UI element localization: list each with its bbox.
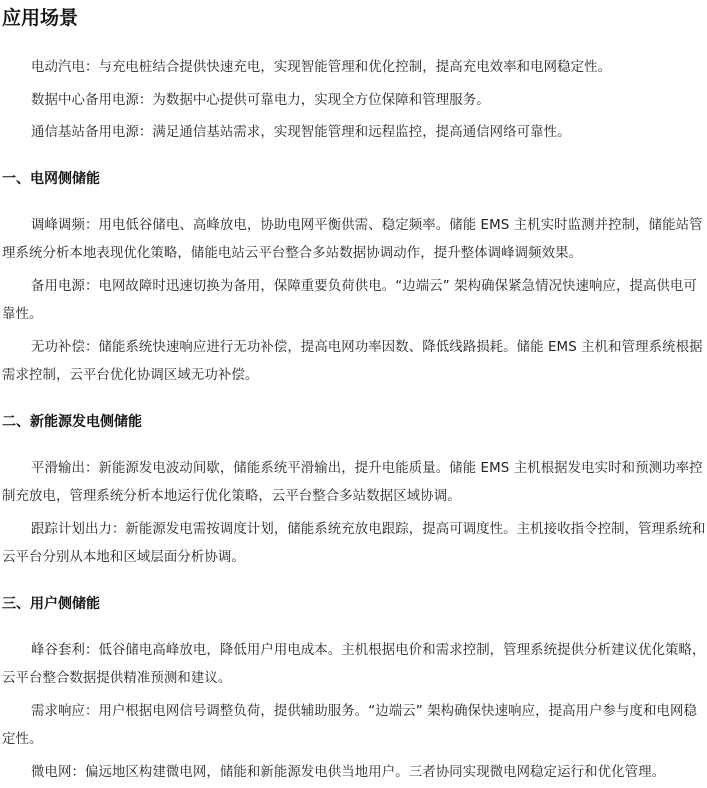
section-paragraph: 调峰调频：用电低谷储电、高峰放电，协助电网平衡供需、稳定频率。储能 EMS 主机…: [2, 212, 707, 269]
section-heading: 二、新能源发电侧储能: [2, 412, 707, 432]
section-renewable-side: 二、新能源发电侧储能 平滑输出：新能源发电波动间歇，储能系统平滑输出，提升电能质…: [2, 412, 707, 573]
section-paragraph: 需求响应：用户根据电网信号调整负荷，提供辅助服务。“边端云” 架构确保快速响应，…: [2, 698, 707, 755]
section-paragraph: 无功补偿：储能系统快速响应进行无功补偿，提高电网功率因数、降低线路损耗。储能 E…: [2, 334, 707, 391]
section-heading: 三、用户侧储能: [2, 594, 707, 614]
section-user-side: 三、用户侧储能 峰谷套利：低谷储电高峰放电，降低用户用电成本。主机根据电价和需求…: [2, 594, 707, 788]
section-paragraph: 峰谷套利：低谷储电高峰放电，降低用户用电成本。主机根据电价和需求控制，管理系统提…: [2, 637, 707, 694]
section-paragraph: 微电网：偏远地区构建微电网，储能和新能源发电供当地用户。三者协同实现微电网稳定运…: [2, 759, 707, 788]
page-title: 应用场景: [2, 0, 707, 31]
document: 应用场景 电动汽电：与充电桩结合提供快速充电，实现智能管理和优化控制，提高充电效…: [0, 0, 707, 787]
intro-block: 电动汽电：与充电桩结合提供快速充电，实现智能管理和优化控制，提高充电效率和电网稳…: [2, 54, 707, 148]
section-grid-side: 一、电网侧储能 调峰调频：用电低谷储电、高峰放电，协助电网平衡供需、稳定频率。储…: [2, 169, 707, 391]
section-paragraph: 跟踪计划出力：新能源发电需按调度计划，储能系统充放电跟踪，提高可调度性。主机接收…: [2, 516, 707, 573]
section-paragraph: 平滑输出：新能源发电波动间歇，储能系统平滑输出，提升电能质量。储能 EMS 主机…: [2, 455, 707, 512]
section-paragraph: 备用电源：电网故障时迅速切换为备用，保障重要负荷供电。“边端云” 架构确保紧急情…: [2, 273, 707, 330]
intro-paragraph: 电动汽电：与充电桩结合提供快速充电，实现智能管理和优化控制，提高充电效率和电网稳…: [2, 54, 707, 83]
intro-paragraph: 数据中心备用电源：为数据中心提供可靠电力，实现全方位保障和管理服务。: [2, 87, 707, 116]
section-heading: 一、电网侧储能: [2, 169, 707, 189]
intro-paragraph: 通信基站备用电源：满足通信基站需求，实现智能管理和远程监控，提高通信网络可靠性。: [2, 119, 707, 148]
